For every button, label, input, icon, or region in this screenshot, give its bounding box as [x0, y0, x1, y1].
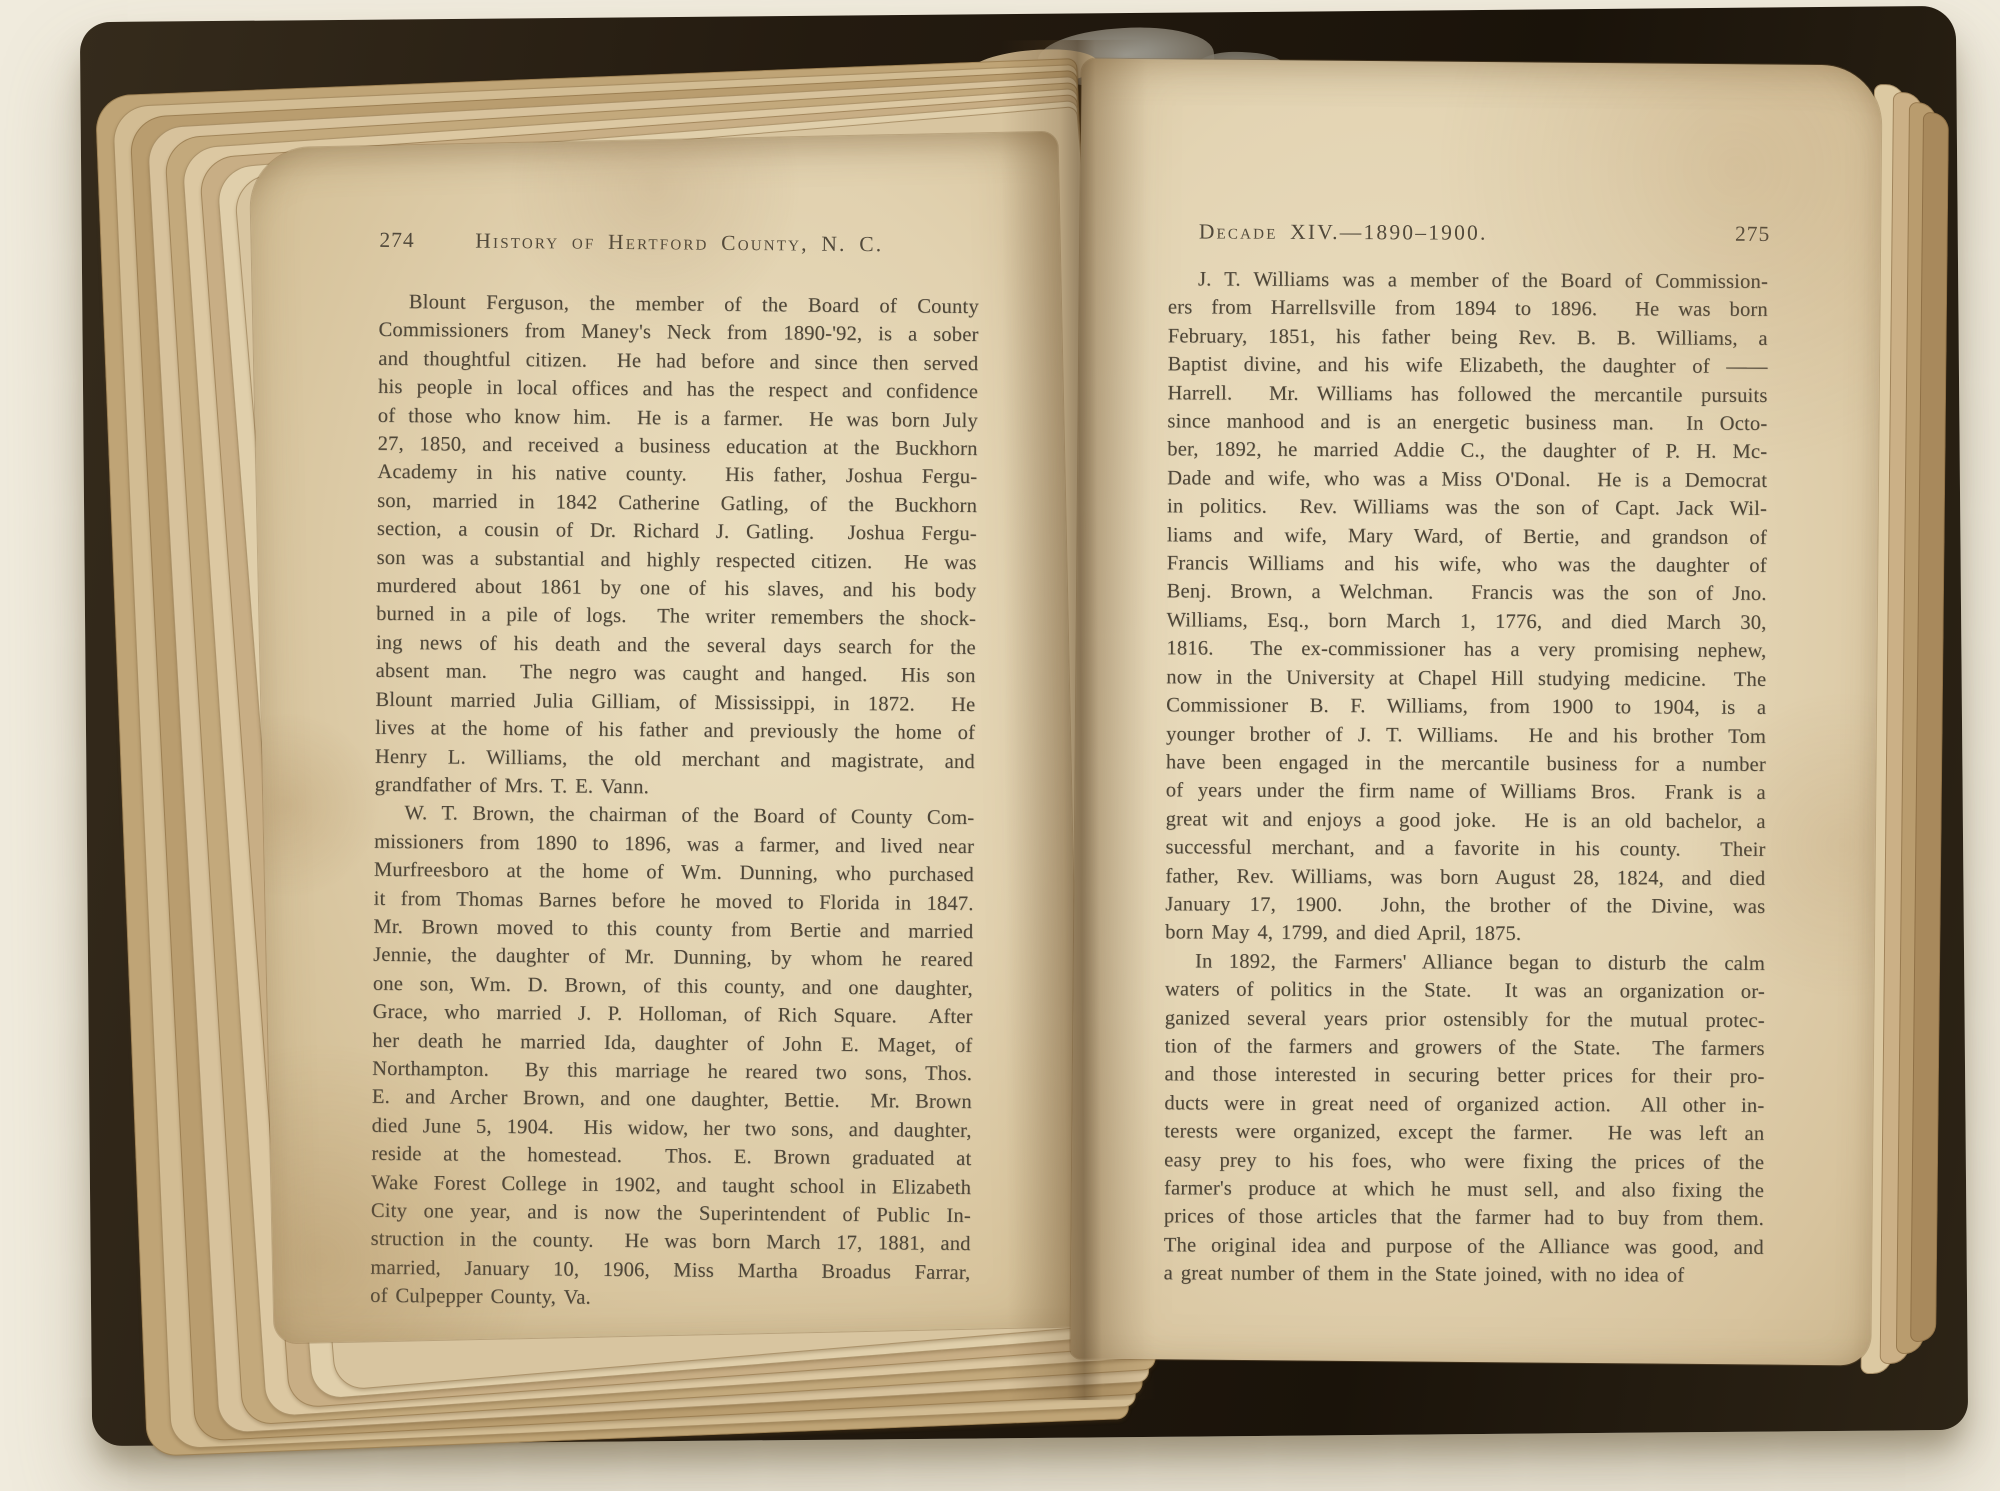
text-line: liams and wife, Mary Ward, of Bertie, an…	[1167, 521, 1767, 552]
left-page-text: Blount Ferguson, the member of the Board…	[370, 288, 979, 1316]
text-line: ber, 1892, he married Addie C., the daug…	[1167, 436, 1767, 467]
right-page: Decade XIV.—1890–1900. 275 J. T. William…	[1070, 59, 1881, 1366]
text-line: In 1892, the Farmers' Alliance began to …	[1165, 947, 1765, 978]
left-page-content: 274 History of Hertford County, N. C. Bl…	[242, 145, 1060, 1347]
text-line: The original idea and purpose of the All…	[1164, 1231, 1764, 1262]
text-line: father, Rev. Williams, was born August 2…	[1165, 862, 1765, 893]
text-line: easy prey to his foes, who were fixing t…	[1164, 1146, 1764, 1177]
open-book-scan: 274 History of Hertford County, N. C. Bl…	[0, 0, 2000, 1491]
text-line: terests were organized, except the farme…	[1164, 1117, 1764, 1148]
text-line: Murfreesboro at the home of Wm. Dunning,…	[374, 856, 974, 890]
text-line: J. T. Williams was a member of the Board…	[1168, 265, 1768, 296]
page-number: 274	[379, 228, 414, 253]
paragraph: Blount Ferguson, the member of the Board…	[375, 288, 979, 805]
paragraph: W. T. Brown, the chairman of the Board o…	[370, 799, 974, 1316]
text-line: since manhood and is an energetic busine…	[1167, 407, 1767, 438]
text-line: ganized several years prior ostensibly f…	[1165, 1004, 1765, 1035]
text-line: younger brother of J. T. Williams. He an…	[1166, 720, 1766, 751]
text-line: and those interested in securing better …	[1164, 1061, 1764, 1092]
text-line: now in the University at Chapel Hill stu…	[1166, 663, 1766, 694]
running-header: Decade XIV.—1890–1900.	[1168, 219, 1768, 247]
page-number: 275	[1735, 222, 1770, 247]
text-line: January 17, 1900. John, the brother of t…	[1165, 890, 1765, 921]
text-line: born May 4, 1799, and died April, 1875.	[1165, 919, 1765, 950]
text-line: successful merchant, and a favorite in h…	[1165, 833, 1765, 864]
paragraph: J. T. Williams was a member of the Board…	[1165, 265, 1768, 949]
text-line: great wit and enjoys a good joke. He is …	[1166, 805, 1766, 836]
text-line: Dade and wife, who was a Miss O'Donal. H…	[1167, 464, 1767, 495]
text-line: Benj. Brown, a Welchman. Francis was the…	[1167, 578, 1767, 609]
paragraph: In 1892, the Farmers' Alliance began to …	[1164, 947, 1765, 1290]
text-line: Commissioner B. F. Williams, from 1900 t…	[1166, 691, 1766, 722]
text-line: Grace, who married J. P. Holloman, of Ri…	[373, 998, 973, 1032]
text-line: tion of the farmers and growers of the S…	[1165, 1032, 1765, 1063]
text-line: prices of those articles that the farmer…	[1164, 1203, 1764, 1234]
text-line: Harrell. Mr. Williams has followed the m…	[1167, 379, 1767, 410]
text-line: Francis Williams and his wife, who was t…	[1167, 549, 1767, 580]
text-line: ers from Harrellsville from 1894 to 1896…	[1168, 294, 1768, 325]
text-line: Williams, Esq., born March 1, 1776, and …	[1166, 606, 1766, 637]
running-header: History of Hertford County, N. C.	[379, 228, 979, 258]
right-page-text: J. T. Williams was a member of the Board…	[1164, 265, 1768, 1290]
text-line: lives at the home of his father and prev…	[375, 714, 975, 748]
text-line: 1816. The ex-commissioner has a very pro…	[1166, 635, 1766, 666]
text-line: waters of politics in the State. It was …	[1165, 975, 1765, 1006]
right-page-header: Decade XIV.—1890–1900. 275	[1168, 219, 1768, 252]
left-page: 274 History of Hertford County, N. C. Bl…	[250, 132, 1083, 1344]
text-line: Baptist divine, and his wife Elizabeth, …	[1168, 351, 1768, 382]
left-page-header: 274 History of Hertford County, N. C.	[379, 228, 979, 263]
text-line: farmer's produce at which he must sell, …	[1164, 1174, 1764, 1205]
right-page-content: Decade XIV.—1890–1900. 275 J. T. William…	[1075, 59, 1881, 1362]
text-line: February, 1851, his father being Rev. B.…	[1168, 322, 1768, 353]
text-line: of years under the firm name of Williams…	[1166, 777, 1766, 808]
text-line: ducts were in great need of organized ac…	[1164, 1089, 1764, 1120]
text-line: a great number of them in the State join…	[1164, 1260, 1764, 1291]
text-line: have been engaged in the mercantile busi…	[1166, 748, 1766, 779]
text-line: of Culpepper County, Va.	[370, 1282, 970, 1316]
text-line: in politics. Rev. Williams was the son o…	[1167, 493, 1767, 524]
